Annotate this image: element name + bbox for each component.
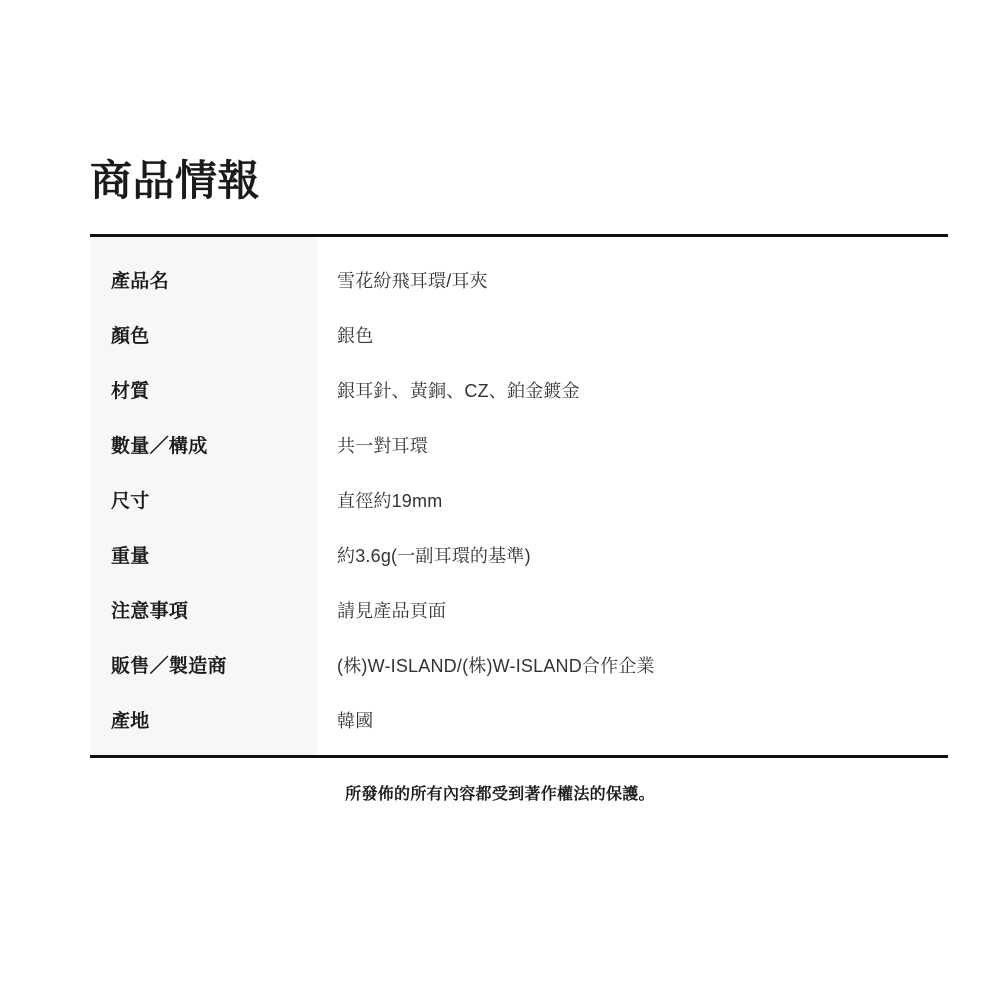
table-row: 材質 銀耳針、黃銅、CZ、鉑金鍍金: [90, 362, 948, 417]
table-row: 數量／構成 共一對耳環: [90, 417, 948, 472]
row-value: 請見產品頁面: [317, 582, 948, 637]
row-value: (株)W-ISLAND/(株)W-ISLAND合作企業: [317, 637, 948, 692]
copyright-notice: 所發佈的所有內容都受到著作權法的保護。: [0, 781, 1000, 804]
table-row: 產地 韓國: [90, 692, 948, 755]
row-label: 尺寸: [90, 472, 317, 527]
row-label: 販售／製造商: [90, 637, 317, 692]
table-row: 尺寸 直徑約19mm: [90, 472, 948, 527]
table-row: 販售／製造商 (株)W-ISLAND/(株)W-ISLAND合作企業: [90, 637, 948, 692]
row-value: 約3.6g(一副耳環的基準): [317, 527, 948, 582]
row-value: 直徑約19mm: [317, 472, 948, 527]
page-title: 商品情報: [90, 157, 260, 205]
row-value: 共一對耳環: [317, 417, 948, 472]
row-label: 產品名: [90, 237, 317, 307]
row-label: 顏色: [90, 307, 317, 362]
row-value: 銀耳針、黃銅、CZ、鉑金鍍金: [317, 362, 948, 417]
row-label: 材質: [90, 362, 317, 417]
row-label: 重量: [90, 527, 317, 582]
table-row: 顏色 銀色: [90, 307, 948, 362]
row-value: 韓國: [317, 692, 948, 755]
row-value: 銀色: [317, 307, 948, 362]
row-value: 雪花紛飛耳環/耳夾: [317, 237, 948, 307]
table-row: 重量 約3.6g(一副耳環的基準): [90, 527, 948, 582]
product-info-page: 商品情報 產品名 雪花紛飛耳環/耳夾 顏色 銀色 材質 銀耳針、黃銅、CZ、鉑金…: [0, 0, 1000, 1000]
row-label: 數量／構成: [90, 417, 317, 472]
row-label: 產地: [90, 692, 317, 755]
product-info-table: 產品名 雪花紛飛耳環/耳夾 顏色 銀色 材質 銀耳針、黃銅、CZ、鉑金鍍金 數量…: [90, 234, 948, 758]
row-label: 注意事項: [90, 582, 317, 637]
table-row: 注意事項 請見產品頁面: [90, 582, 948, 637]
table-row: 產品名 雪花紛飛耳環/耳夾: [90, 237, 948, 307]
